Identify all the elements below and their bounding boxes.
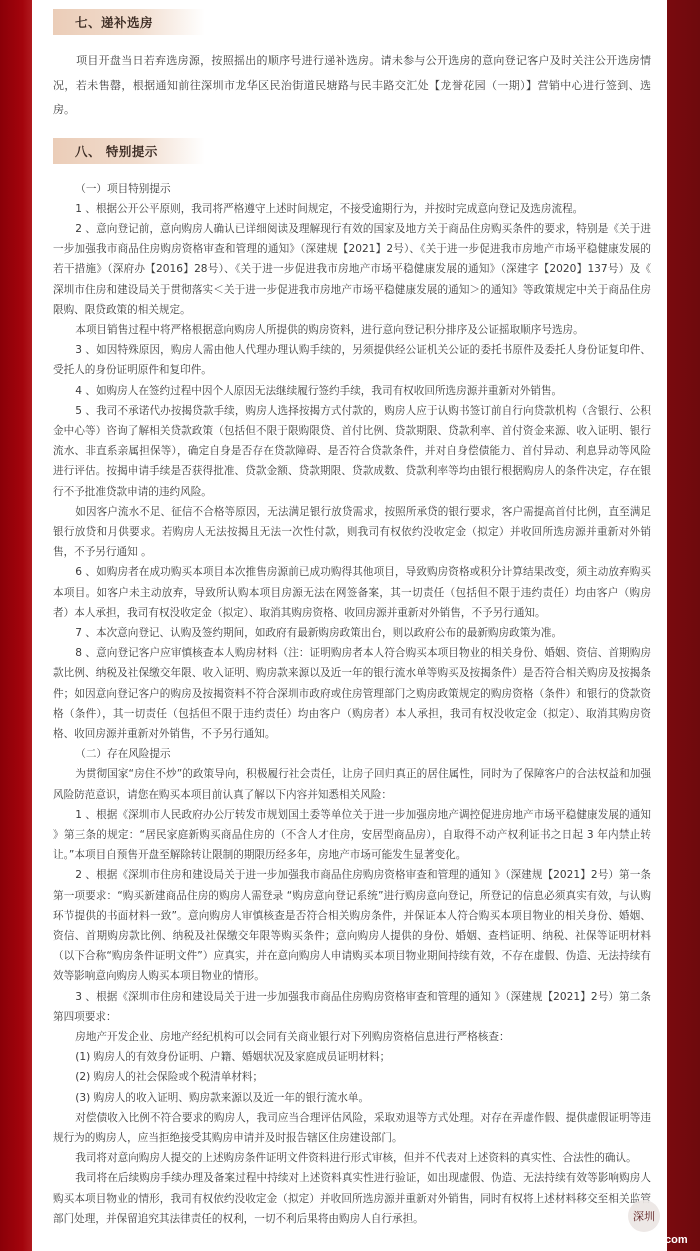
section-8-title: 八、 特别提示 — [75, 142, 158, 160]
notice-item: 本项目销售过程中将严格根据意向购房人所提供的购房资料，进行意向登记积分排序及公证… — [53, 320, 651, 340]
notice-item: 8 、意向登记客户应审慎核查本人购房材料（注：证明购房者本人符合购买本项目物业的… — [53, 643, 651, 744]
notice-item: 1 、根据公开公平原则，我司将严格遵守上述时间规定，不接受逾期行为，并按时完成意… — [53, 199, 651, 219]
section-7-paragraph: 项目开盘当日若弃选房源，按照摇出的顺序号进行递补选房。请未参与公开选房的意向登记… — [53, 49, 651, 123]
section-header-8: 八、 特别提示 — [53, 138, 205, 164]
section-7-title: 七、递补选房 — [75, 13, 153, 31]
notice-item: 6 、如购房者在成功购买本项目本次推售房源前已成功购得其他项目，导致购房资格或积… — [53, 562, 651, 623]
left-red-border — [0, 0, 32, 1251]
part-2-heading: （二）存在风险提示 — [53, 744, 651, 764]
document-page: 七、递补选房 项目开盘当日若弃选房源，按照摇出的顺序号进行递补选房。请未参与公开… — [32, 0, 667, 1251]
risk-sub-intro: 房地产开发企业、房地产经纪机构可以会同有关商业银行对下列购房资格信息进行严格核查… — [53, 1027, 651, 1047]
part-2-risk-notice: （二）存在风险提示 为贯彻国家“房住不炒”的政策导向，积极履行社会责任，让房子回… — [53, 744, 651, 1229]
notice-item: 4 、如购房人在签约过程中因个人原因无法继续履行签约手续，我司有权收回所选房源并… — [53, 381, 651, 401]
risk-sub-item: (2) 购房人的社会保险或个税清单材料； — [53, 1067, 651, 1087]
notice-item: 5 、我司不承诺代办按揭贷款手续，购房人选择按揭方式付款的，购房人应于认购书签订… — [53, 401, 651, 502]
notice-item: 2 、意向登记前，意向购房人确认已详细阅读及理解现行有效的国家及地方关于商品住房… — [53, 219, 651, 320]
risk-tail-item: 我司将对意向购房人提交的上述购房条件证明文件资料进行形式审核，但并不代表对上述资… — [53, 1148, 651, 1168]
part-1-project-notice: （一）项目特别提示 1 、根据公开公平原则，我司将严格遵守上述时间规定，不接受逾… — [53, 179, 651, 745]
notice-item: 如因客户流水不足、征信不合格等原因，无法满足银行放贷需求，按照所承贷的银行要求，… — [53, 502, 651, 563]
right-red-border — [667, 0, 700, 1251]
risk-item: 2 、根据《深圳市住房和建设局关于进一步加强我市商品住房购房资格审查和管理的通知… — [53, 865, 651, 986]
section-7-body: 项目开盘当日若弃选房源，按照摇出的顺序号进行递补选房。请未参与公开选房的意向登记… — [53, 49, 651, 123]
risk-item: 为贯彻国家“房住不炒”的政策导向，积极履行社会责任，让房子回归真正的居住属性，同… — [53, 764, 651, 804]
risk-item: 1 、根据《深圳市人民政府办公厅转发市规划国土委等单位关于进一步加强房地产调控促… — [53, 805, 651, 866]
risk-tail-item: 对偿债收入比例不符合要求的购房人，我司应当合理评估风险，采取劝退等方式处理。对存… — [53, 1108, 651, 1148]
risk-tail-item: 我司将在后续购房手续办理及备案过程中持续对上述资料真实性进行验证，如出现虚假、伪… — [53, 1168, 651, 1229]
risk-item: 3 、根据《深圳市住房和建设局关于进一步加强我市商品住房购房资格审查和管理的通知… — [53, 987, 651, 1027]
risk-sub-item: (1) 购房人的有效身份证明、户籍、婚姻状况及家庭成员证明材料； — [53, 1047, 651, 1067]
part-1-heading: （一）项目特别提示 — [53, 179, 651, 199]
risk-sub-item: (3) 购房人的收入证明、购房款来源以及近一年的银行流水单。 — [53, 1088, 651, 1108]
notice-item: 3 、如因特殊原因，购房人需由他人代理办理认购手续的，另须提供经公证机关公证的委… — [53, 340, 651, 380]
notice-item: 7 、本次意向登记、认购及签约期间，如政府有最新购房政策出台，则以政府公布的最新… — [53, 623, 651, 643]
section-header-7: 七、递补选房 — [53, 9, 205, 35]
document-content: 七、递补选房 项目开盘当日若弃选房源，按照摇出的顺序号进行递补选房。请未参与公开… — [53, 0, 651, 1229]
